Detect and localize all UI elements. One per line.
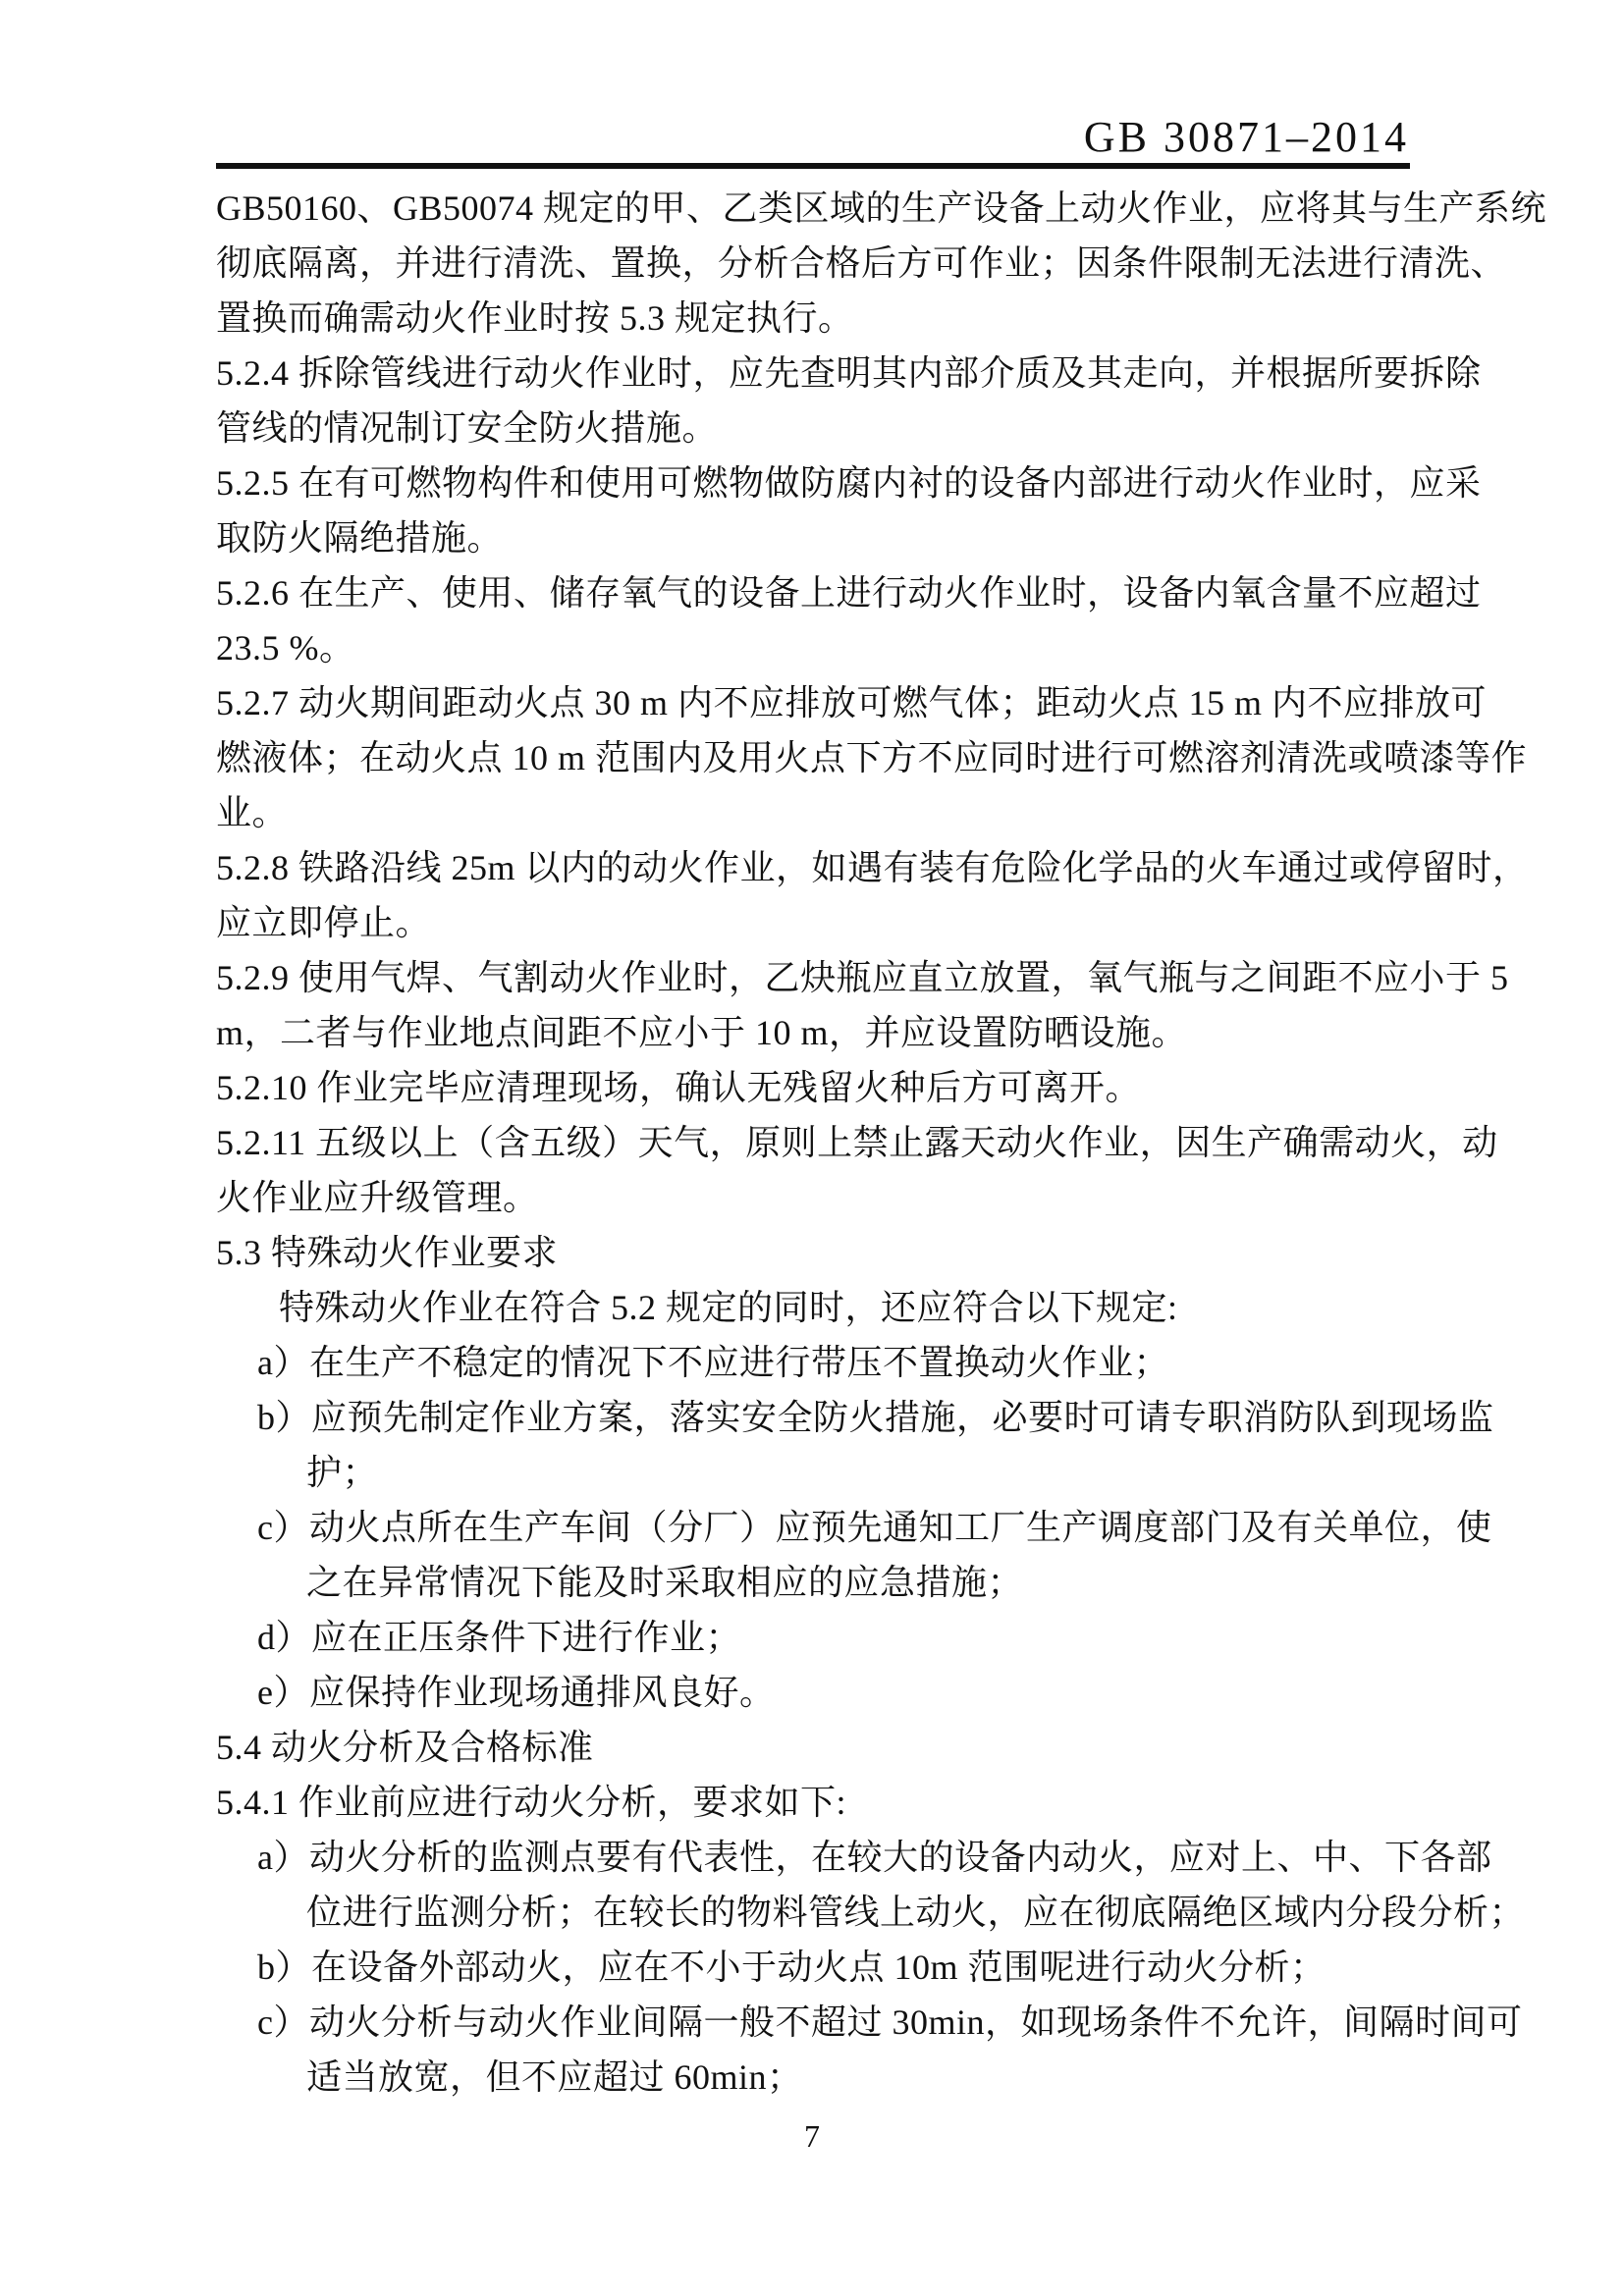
text-line: 5.2.4 拆除管线进行动火作业时，应先查明其内部介质及其走向，并根据所要拆除 bbox=[216, 346, 1410, 400]
text-line: b）应预先制定作业方案，落实安全防火措施，必要时可请专职消防队到现场监 bbox=[216, 1390, 1410, 1445]
page-number: 7 bbox=[0, 2118, 1624, 2155]
text-line: 5.2.7 动火期间距动火点 30 m 内不应排放可燃气体；距动火点 15 m … bbox=[216, 675, 1410, 730]
text-line: 护； bbox=[216, 1445, 1410, 1500]
text-line: 特殊动火作业在符合 5.2 规定的同时，还应符合以下规定: bbox=[216, 1280, 1410, 1335]
text-line: c）动火分析与动火作业间隔一般不超过 30min，如现场条件不允许，间隔时间可 bbox=[216, 1995, 1410, 2050]
text-line: 5.2.9 使用气焊、气割动火作业时，乙炔瓶应直立放置，氧气瓶与之间距不应小于 … bbox=[216, 950, 1410, 1005]
text-line: 5.2.11 五级以上（含五级）天气，原则上禁止露天动火作业，因生产确需动火，动 bbox=[216, 1115, 1410, 1170]
text-line: 燃液体；在动火点 10 m 范围内及用火点下方不应同时进行可燃溶剂清洗或喷漆等作 bbox=[216, 730, 1410, 785]
text-line: 位进行监测分析；在较长的物料管线上动火，应在彻底隔绝区域内分段分析； bbox=[216, 1885, 1410, 1940]
text-line: a）在生产不稳定的情况下不应进行带压不置换动火作业； bbox=[216, 1335, 1410, 1390]
text-line: 彻底隔离，并进行清洗、置换，分析合格后方可作业；因条件限制无法进行清洗、 bbox=[216, 236, 1410, 291]
text-line: c）动火点所在生产车间（分厂）应预先通知工厂生产调度部门及有关单位，使 bbox=[216, 1500, 1410, 1555]
text-line: 应立即停止。 bbox=[216, 895, 1410, 950]
text-line: 5.2.8 铁路沿线 25m 以内的动火作业，如遇有装有危险化学品的火车通过或停… bbox=[216, 840, 1410, 895]
text-line: GB50160、GB50074 规定的甲、乙类区域的生产设备上动火作业，应将其与… bbox=[216, 181, 1410, 236]
text-line: 5.2.6 在生产、使用、储存氧气的设备上进行动火作业时，设备内氧含量不应超过 bbox=[216, 565, 1410, 620]
document-body: GB50160、GB50074 规定的甲、乙类区域的生产设备上动火作业，应将其与… bbox=[216, 181, 1410, 2105]
text-line: 5.3 特殊动火作业要求 bbox=[216, 1225, 1410, 1280]
text-line: d）应在正压条件下进行作业； bbox=[216, 1610, 1410, 1665]
text-line: m，二者与作业地点间距不应小于 10 m，并应设置防晒设施。 bbox=[216, 1005, 1410, 1060]
text-line: 火作业应升级管理。 bbox=[216, 1170, 1410, 1225]
text-line: 取防火隔绝措施。 bbox=[216, 510, 1410, 565]
text-line: 23.5 %。 bbox=[216, 620, 1410, 675]
text-line: a）动火分析的监测点要有代表性，在较大的设备内动火，应对上、中、下各部 bbox=[216, 1830, 1410, 1885]
text-line: 置换而确需动火作业时按 5.3 规定执行。 bbox=[216, 291, 1410, 346]
text-line: 5.4.1 作业前应进行动火分析，要求如下: bbox=[216, 1775, 1410, 1830]
text-line: e）应保持作业现场通排风良好。 bbox=[216, 1665, 1410, 1720]
text-line: 管线的情况制订安全防火措施。 bbox=[216, 400, 1410, 455]
standard-number: GB 30871–2014 bbox=[1084, 112, 1409, 162]
text-line: 5.4 动火分析及合格标准 bbox=[216, 1720, 1410, 1775]
text-line: 之在异常情况下能及时采取相应的应急措施； bbox=[216, 1555, 1410, 1610]
text-line: 适当放宽，但不应超过 60min； bbox=[216, 2050, 1410, 2105]
text-line: 业。 bbox=[216, 785, 1410, 840]
text-line: b）在设备外部动火，应在不小于动火点 10m 范围呢进行动火分析； bbox=[216, 1940, 1410, 1995]
header-rule bbox=[216, 163, 1410, 169]
document-page: GB 30871–2014 GB50160、GB50074 规定的甲、乙类区域的… bbox=[0, 0, 1624, 2296]
text-line: 5.2.10 作业完毕应清理现场，确认无残留火种后方可离开。 bbox=[216, 1060, 1410, 1115]
text-line: 5.2.5 在有可燃物构件和使用可燃物做防腐内衬的设备内部进行动火作业时，应采 bbox=[216, 455, 1410, 510]
